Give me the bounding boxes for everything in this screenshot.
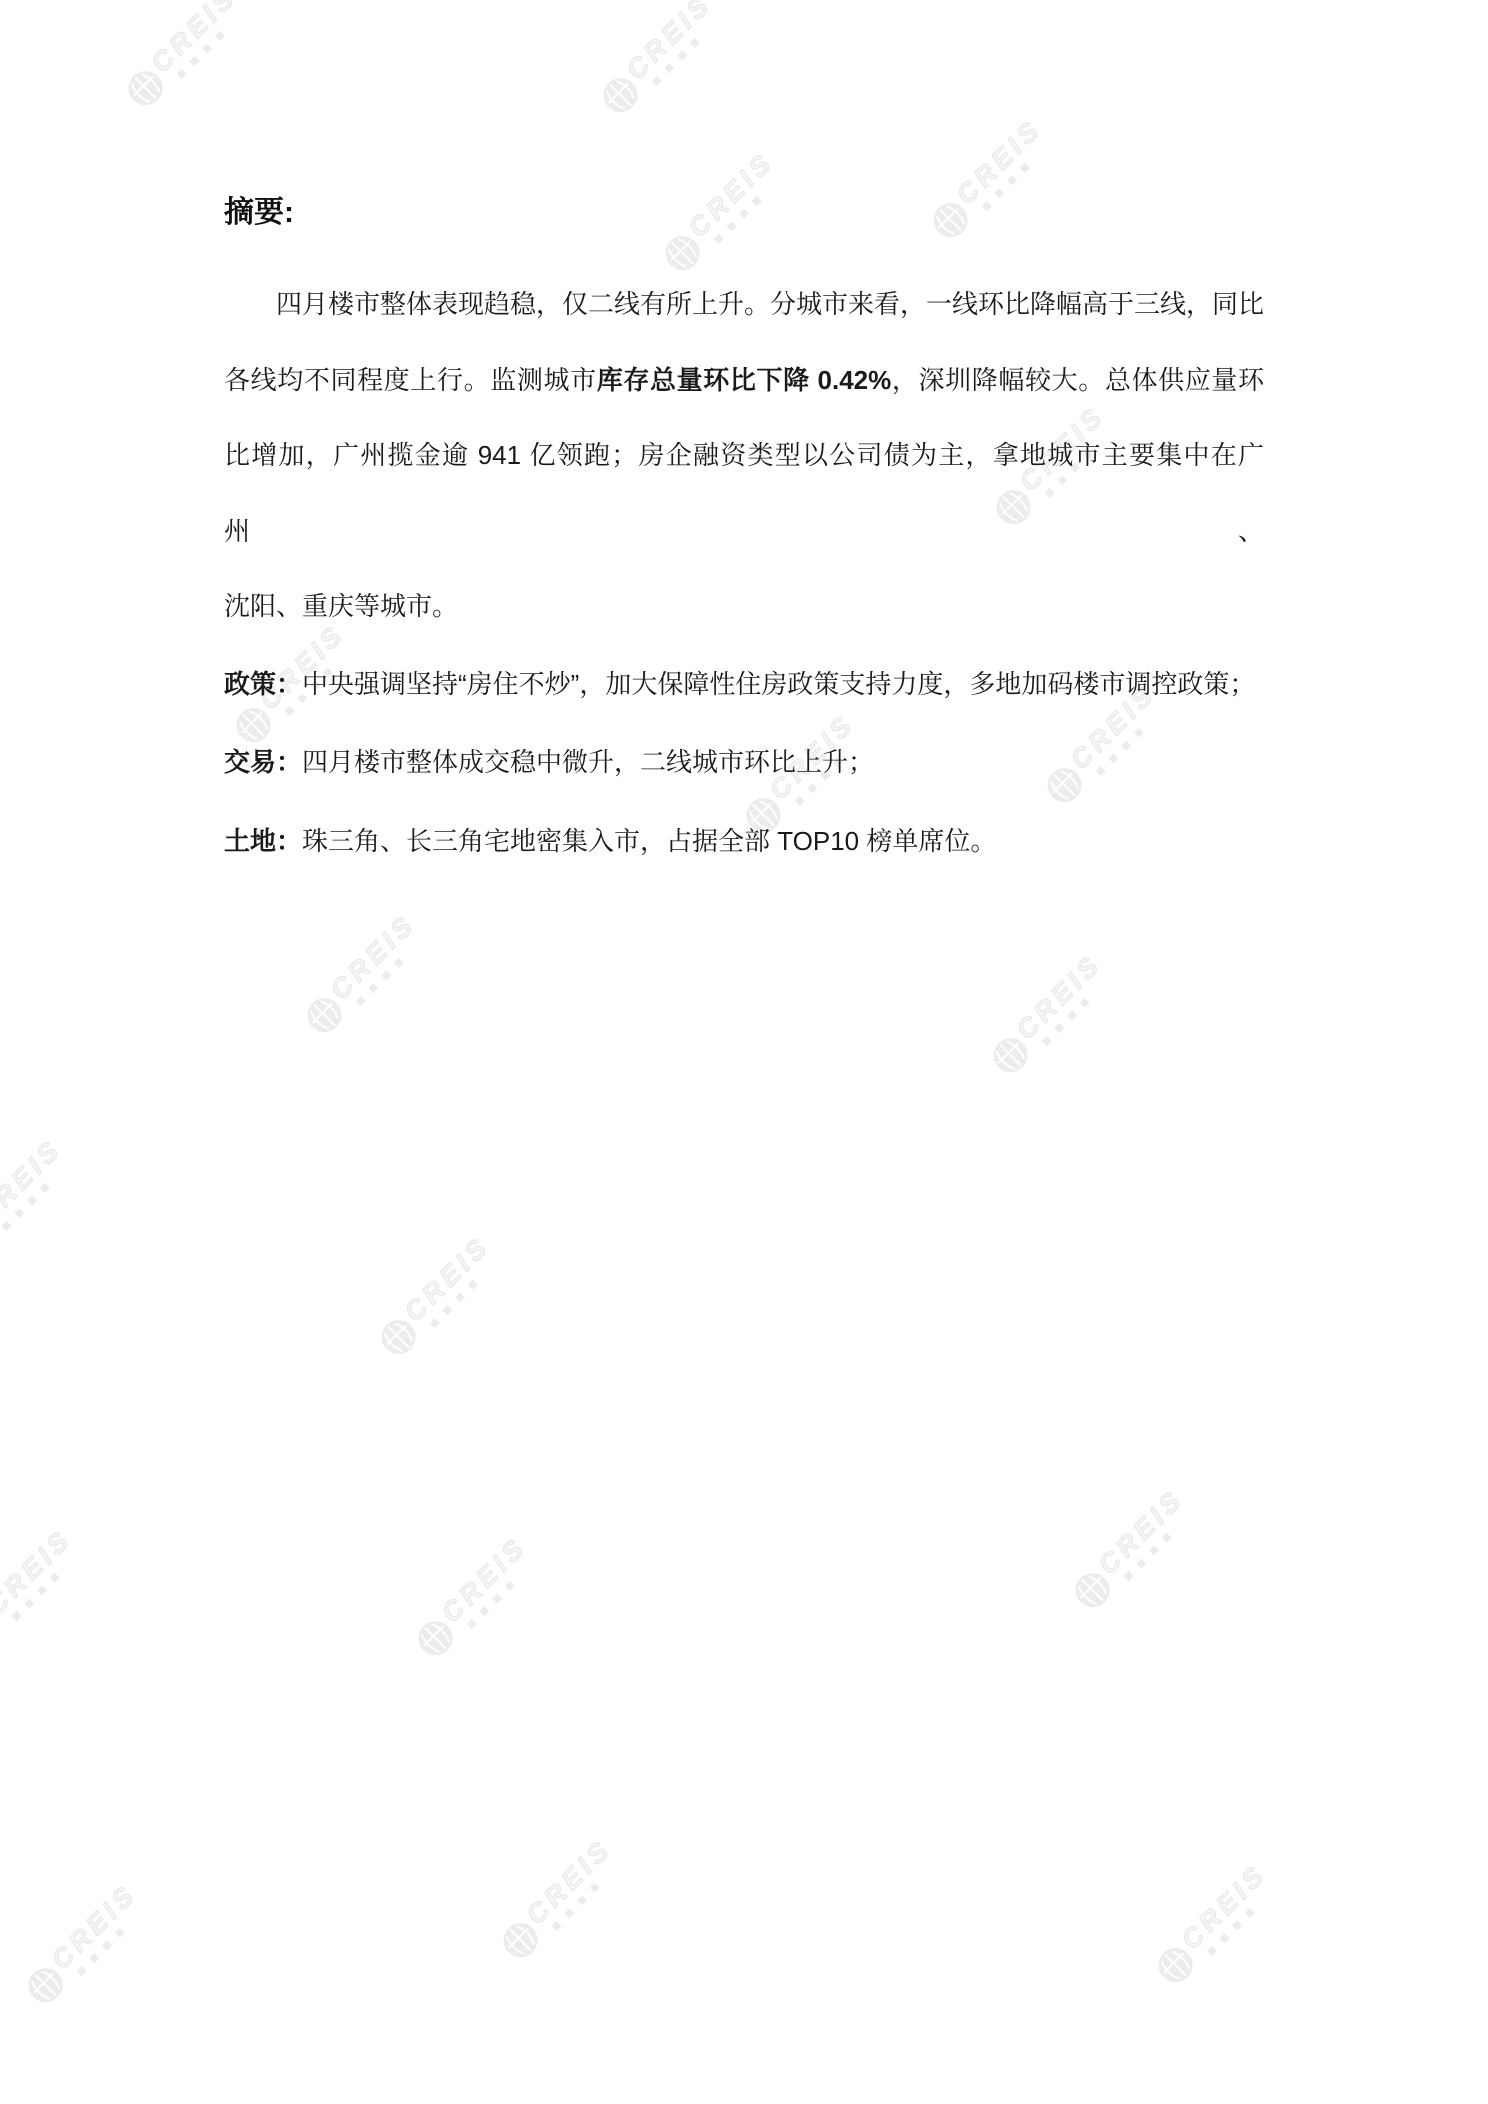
creis-globe-icon xyxy=(0,1606,4,1654)
paragraph-line-1: 四月楼市整体表现趋稳，仅二线有所上升。分城市来看，一线环比降幅高于三线，同比 xyxy=(224,267,1264,343)
summary-paragraph: 四月楼市整体表现趋稳，仅二线有所上升。分城市来看，一线环比降幅高于三线，同比 各… xyxy=(224,267,1264,645)
policy-text: 中央强调坚持“房住不炒”，加大保障性住房政策支持力度，多地加码楼市调控政策； xyxy=(302,669,1255,699)
watermark-brand-text: CREIS xyxy=(1012,949,1107,1044)
watermark-creis: CREIS xyxy=(0,1134,76,1265)
paragraph-bold-highlight: 库存总量环比下降 0.42% xyxy=(597,365,892,395)
paragraph-line2-pre: 各线均不同程度上行。监测城市 xyxy=(224,365,597,395)
watermark-subtext-glyphs xyxy=(12,1573,60,1621)
creis-globe-icon xyxy=(374,1313,422,1361)
document-page: { "title": "摘要:", "paragraph": { "line1"… xyxy=(0,0,1488,2104)
paragraph-line2-post: ，深圳降幅较大。总体供应量环 xyxy=(891,365,1264,395)
watermark-subtext-glyphs xyxy=(2,1183,50,1231)
watermark-subtext-glyphs xyxy=(356,958,404,1006)
trading-line: 交易：四月楼市整体成交稳中微升，二线城市环比上升； xyxy=(224,723,1264,802)
watermark-creis: CREIS xyxy=(1066,1484,1197,1615)
land-line: 土地：珠三角、长三角宅地密集入市，占据全部 TOP10 榜单席位。 xyxy=(224,802,1264,881)
creis-globe-icon xyxy=(1068,1566,1116,1614)
watermark-subtext-glyphs xyxy=(552,1883,600,1931)
land-label: 土地： xyxy=(224,826,302,856)
policy-line: 政策：中央强调坚持“房住不炒”，加大保障性住房政策支持力度，多地加码楼市调控政策… xyxy=(224,645,1264,724)
watermark-subtext-glyphs xyxy=(467,1581,515,1629)
creis-globe-icon xyxy=(496,1916,544,1964)
watermark-creis: CREIS xyxy=(19,1879,150,2010)
watermark-creis: CREIS xyxy=(984,949,1115,1080)
policy-label: 政策： xyxy=(224,669,302,699)
creis-globe-icon xyxy=(21,1961,69,2009)
watermark-subtext-glyphs xyxy=(1124,1533,1172,1581)
watermark-subtext-glyphs xyxy=(177,31,225,79)
creis-globe-icon xyxy=(411,1614,459,1662)
paragraph-line-4: 沈阳、重庆等城市。 xyxy=(224,569,1264,645)
watermark-creis: CREIS xyxy=(494,1834,625,1965)
paragraph-line-3: 比增加，广州揽金逾 941 亿领跑；房企融资类型以公司债为主，拿地城市主要集中在… xyxy=(224,418,1264,569)
watermark-creis: CREIS xyxy=(372,1231,503,1362)
summary-title: 摘要: xyxy=(224,194,1264,232)
creis-globe-icon xyxy=(1151,1941,1199,1989)
land-text: 珠三角、长三角宅地密集入市，占据全部 TOP10 榜单席位。 xyxy=(302,826,996,856)
creis-globe-icon xyxy=(121,64,169,112)
watermark-brand-text: CREIS xyxy=(400,1231,495,1326)
watermark-subtext-glyphs xyxy=(1207,1908,1255,1956)
watermark-creis: CREIS xyxy=(0,1524,86,1655)
watermark-brand-text: CREIS xyxy=(437,1532,532,1627)
watermark-brand-text: CREIS xyxy=(326,909,421,1004)
creis-globe-icon xyxy=(986,1031,1034,1079)
watermark-brand-text: CREIS xyxy=(522,1834,617,1929)
trading-text: 四月楼市整体成交稳中微升，二线城市环比上升； xyxy=(302,747,874,777)
watermark-creis: CREIS xyxy=(1149,1859,1280,1990)
watermark-brand-text: CREIS xyxy=(0,1134,67,1229)
paragraph-line-2: 各线均不同程度上行。监测城市库存总量环比下降 0.42%，深圳降幅较大。总体供应… xyxy=(224,343,1264,419)
watermark-brand-text: CREIS xyxy=(1094,1484,1189,1579)
summary-content: 摘要: 四月楼市整体表现趋稳，仅二线有所上升。分城市来看，一线环比降幅高于三线，… xyxy=(224,0,1264,880)
watermark-subtext-glyphs xyxy=(77,1928,125,1976)
watermark-creis: CREIS xyxy=(298,909,429,1040)
summary-bullet-list: 政策：中央强调坚持“房住不炒”，加大保障性住房政策支持力度，多地加码楼市调控政策… xyxy=(224,645,1264,881)
watermark-brand-text: CREIS xyxy=(47,1879,142,1974)
watermark-brand-text: CREIS xyxy=(1177,1859,1272,1954)
watermark-subtext-glyphs xyxy=(1042,998,1090,1046)
trading-label: 交易： xyxy=(224,747,302,777)
creis-globe-icon xyxy=(300,991,348,1039)
watermark-subtext-glyphs xyxy=(430,1280,478,1328)
watermark-brand-text: CREIS xyxy=(0,1524,77,1619)
watermark-creis: CREIS xyxy=(409,1532,540,1663)
